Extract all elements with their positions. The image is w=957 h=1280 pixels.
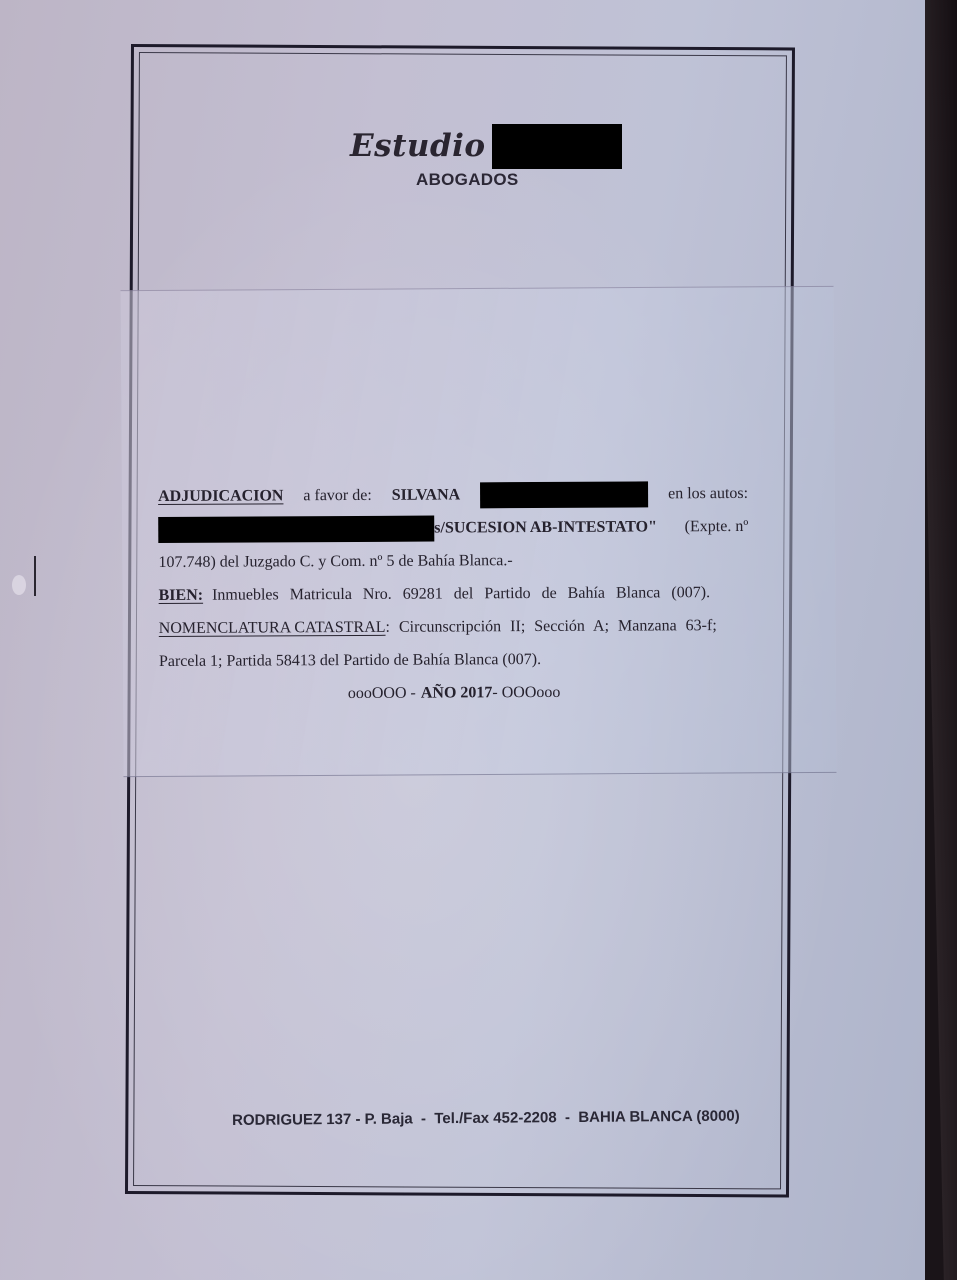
- redacted-surname: [480, 481, 648, 508]
- letterhead: Estudio: [350, 122, 622, 169]
- case-title: s/SUCESION AB-INTESTATO": [434, 513, 657, 542]
- document-photo: Estudio ABOGADOS ADJUDICACION a favor de…: [0, 0, 957, 1280]
- staple-icon: [34, 556, 36, 596]
- nomenclatura-label: NOMENCLATURA CATASTRAL: [159, 613, 386, 642]
- bien-label: BIEN:: [159, 581, 204, 609]
- year-label: AÑO 2017: [421, 679, 493, 707]
- parcela-text: Parcela 1; Partida 58413 del Partido de …: [159, 645, 541, 675]
- beneficiary-first-name: SILVANA: [392, 481, 461, 509]
- deco-left: oooOOO -: [348, 679, 416, 707]
- document-body: ADJUDICACION a favor de: SILVANA en los …: [158, 477, 749, 711]
- body-line-6: Parcela 1; Partida 58413 del Partido de …: [159, 642, 749, 678]
- court-reference: 107.748) del Juzgado C. y Com. nº 5 de B…: [158, 547, 512, 577]
- deco-right: - OOOooo: [492, 678, 560, 706]
- body-line-7: oooOOO - AÑO 2017 - OOOooo: [159, 675, 749, 711]
- staple-mark: [12, 575, 26, 595]
- text-a-favor: a favor de:: [303, 481, 372, 509]
- nomenclatura-text: : Circunscripción II; Sección A; Manzana…: [385, 612, 716, 642]
- body-line-2: s/SUCESION AB-INTESTATO" (Expte. nº: [158, 510, 748, 546]
- letterhead-subtitle: ABOGADOS: [416, 170, 519, 190]
- body-line-3: 107.748) del Juzgado C. y Com. nº 5 de B…: [158, 543, 748, 579]
- adjudicacion-heading: ADJUDICACION: [158, 482, 283, 511]
- body-line-1: ADJUDICACION a favor de: SILVANA en los …: [158, 477, 748, 513]
- body-line-5: NOMENCLATURA CATASTRAL : Circunscripción…: [159, 609, 749, 645]
- brand-word: Estudio: [350, 128, 486, 164]
- expte-label: (Expte. nº: [685, 512, 749, 540]
- redacted-brand-name: [492, 124, 622, 169]
- bien-text: Inmuebles Matricula Nro. 69281 del Parti…: [212, 579, 710, 610]
- text-en-los-autos: en los autos:: [668, 479, 748, 507]
- body-line-4: BIEN: Inmuebles Matricula Nro. 69281 del…: [159, 576, 749, 612]
- redacted-case-prefix: [158, 515, 434, 542]
